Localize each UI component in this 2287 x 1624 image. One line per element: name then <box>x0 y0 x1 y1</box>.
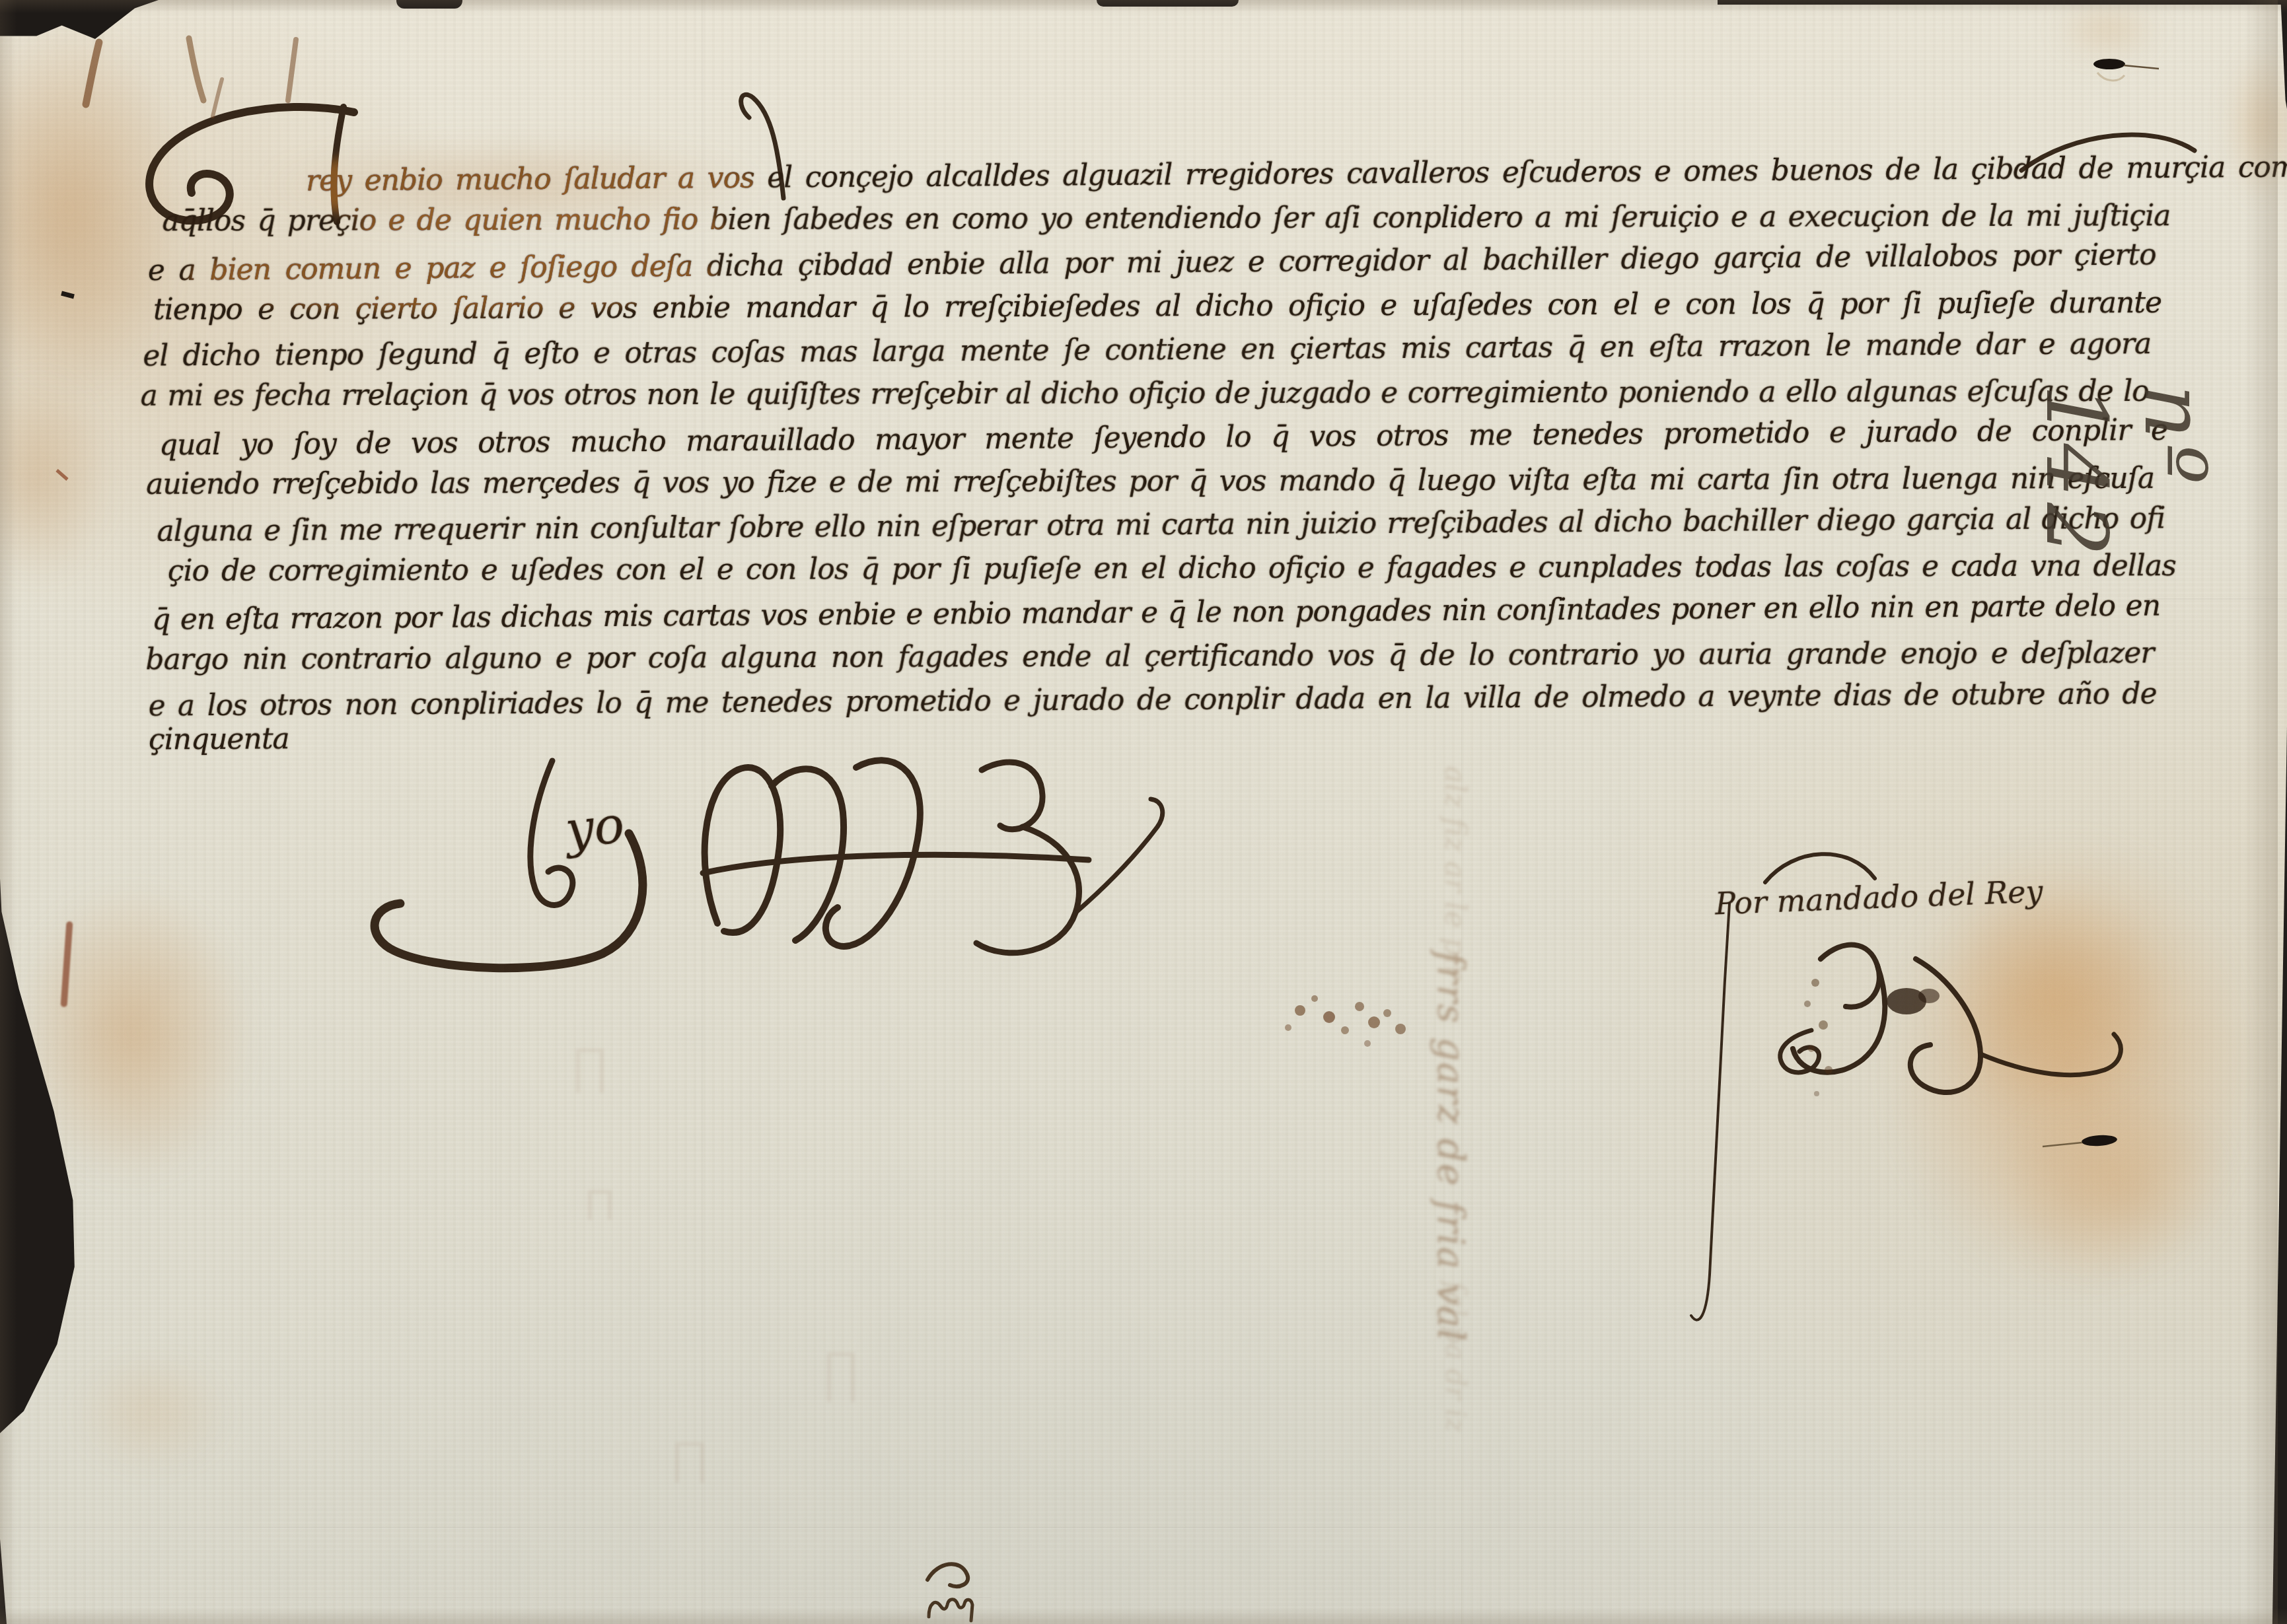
royal-signature-yo: yo <box>563 795 628 860</box>
letter-line: a mi es fecha rrelaçion q̄ vos otros non… <box>141 374 2149 413</box>
crease-bottom-left <box>0 1597 991 1599</box>
mat-top-dip1 <box>396 0 462 9</box>
faded-ink-patch <box>188 238 717 314</box>
verso-strokes-faint2: ſal pa dr iz <box>1439 1281 1472 1432</box>
letter-line: çio de corregimiento e uſedes con el e c… <box>141 549 2176 588</box>
stain-left-low <box>73 1354 231 1473</box>
letter-line: e a los otros non conpliriades lo q̄ me … <box>141 677 2157 757</box>
ghost-mark <box>576 1049 604 1093</box>
archival-number: nº 142 <box>2027 384 2224 695</box>
ghost-mark <box>827 1353 855 1402</box>
photo-stage: El rey enbio mucho ſaludar a vos el conç… <box>0 0 2287 1624</box>
ghost-mark <box>675 1442 704 1483</box>
letter-line: auiendo rreſçebido las merçedes q̄ vos y… <box>141 462 2154 501</box>
stain-top-small <box>2054 0 2160 59</box>
fold-crease-vertical-left <box>495 713 497 1624</box>
letter-line: bargo nin contrario alguno e por coſa al… <box>141 636 2154 676</box>
fold-crease-horizontal-low <box>0 1527 2287 1529</box>
verso-strokes-faint1: alz fiz ar le pir <box>1438 766 1472 979</box>
stain-right-core <box>1936 878 2173 1116</box>
stain-right-lobe <box>1995 1083 2233 1281</box>
mat-top-dip2 <box>1097 0 1239 7</box>
ghost-mark <box>588 1190 612 1220</box>
verso-showthrough: alz fiz ar le pir frrs garz de fria val … <box>1366 753 1498 1552</box>
mat-top-edge-right <box>1718 0 2287 5</box>
